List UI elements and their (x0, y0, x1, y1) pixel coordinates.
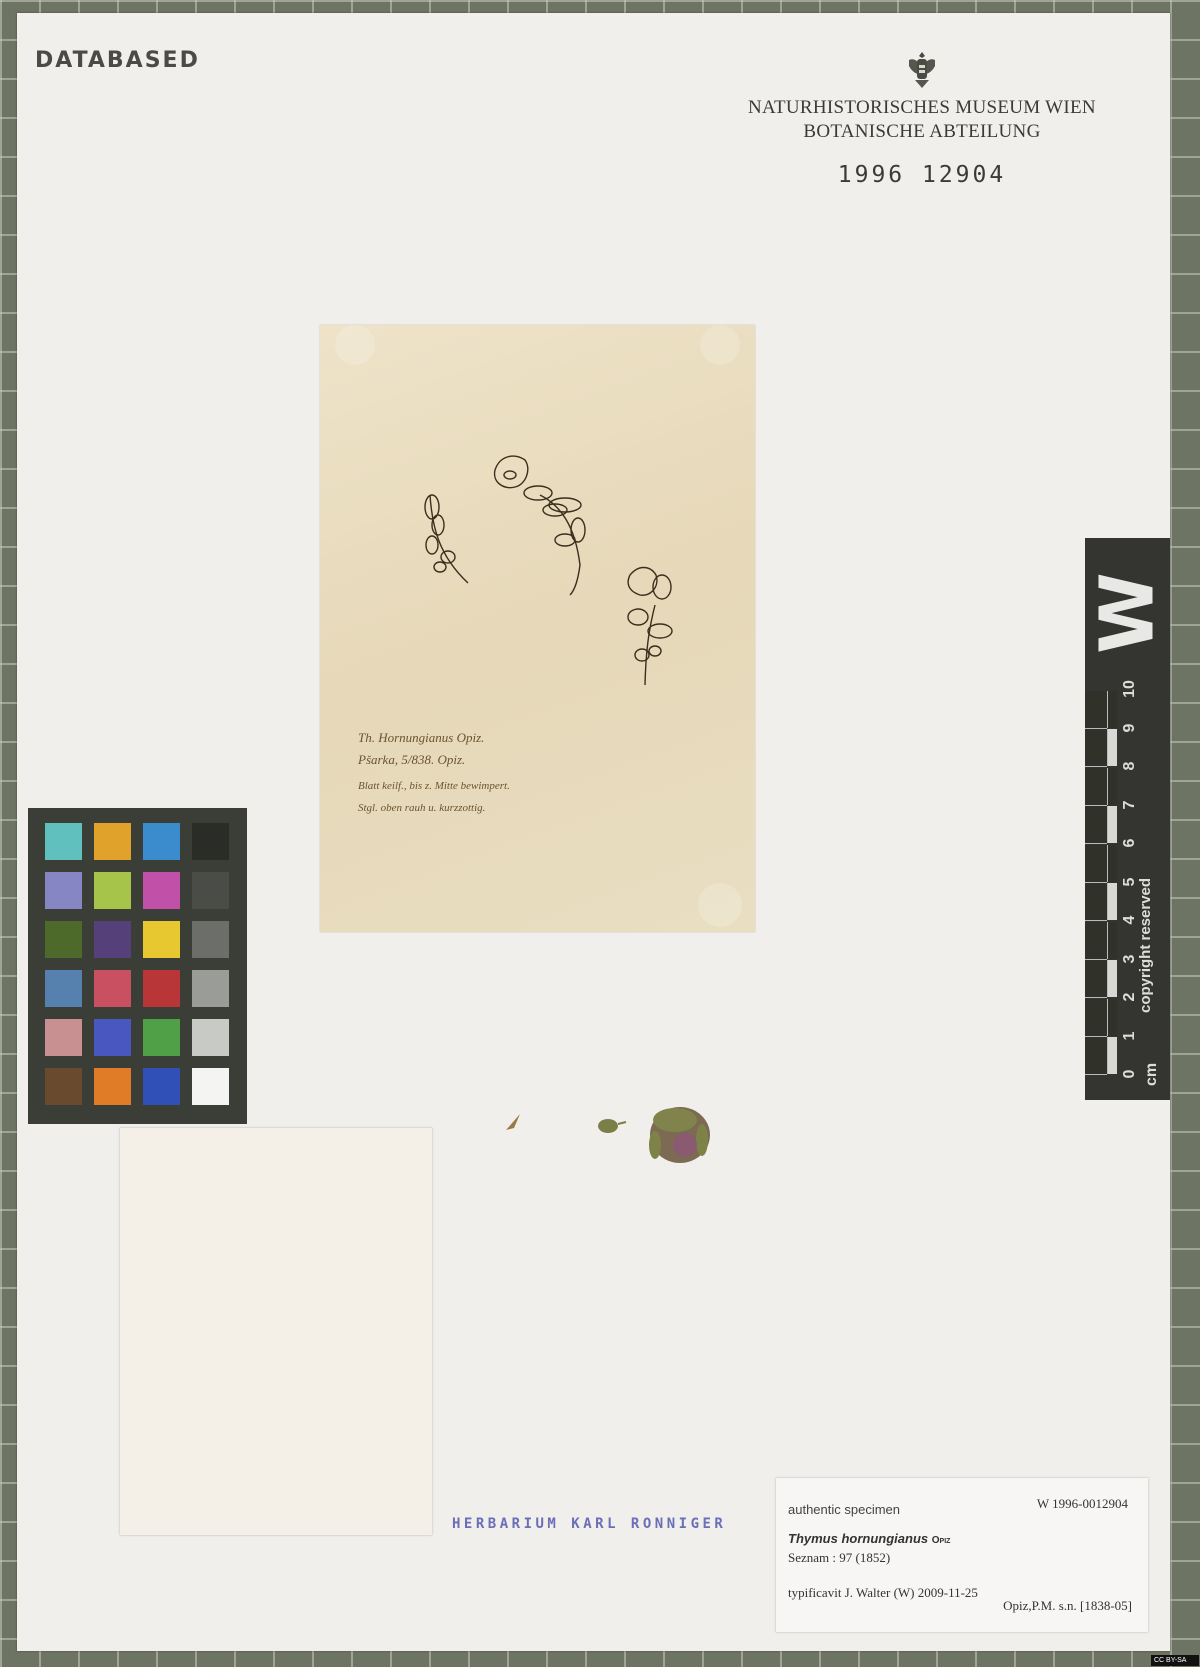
color-swatch (45, 1068, 82, 1105)
accession-number: 1996 12904 (722, 162, 1122, 188)
annotation-line: Pšarka, 5/838. Opiz. (358, 749, 738, 771)
color-swatch (45, 921, 82, 958)
collector: Opiz,P.M. s.n. [1838-05] (1003, 1598, 1132, 1614)
herbarium-stamp: HERBARIUM KARL RONNIGER (452, 1516, 726, 1532)
ruler-segment (1085, 691, 1107, 729)
ruler-block (1107, 1037, 1117, 1074)
color-swatch (45, 1019, 82, 1056)
w-logo: W (1083, 571, 1173, 656)
color-calibration-chart (28, 808, 247, 1124)
ruler-block (1107, 806, 1117, 843)
handwritten-annotation: Th. Hornungianus Opiz. Pšarka, 5/838. Op… (358, 727, 738, 819)
color-swatch (143, 872, 180, 909)
taxon-binomial: Thymus hornungianus (788, 1531, 928, 1546)
color-swatch (192, 1019, 229, 1056)
specimen-label: authentic specimen W 1996-0012904 Thymus… (776, 1478, 1148, 1632)
ruler-unit: cm (1143, 1064, 1161, 1086)
ruler-segment (1085, 845, 1107, 883)
institution-header: NATURHISTORISCHES MUSEUM WIEN BOTANISCHE… (722, 50, 1122, 188)
color-swatch (94, 970, 131, 1007)
color-swatch (94, 872, 131, 909)
color-swatch (192, 921, 229, 958)
color-swatch (94, 921, 131, 958)
color-swatch (45, 872, 82, 909)
department-name: BOTANISCHE ABTEILUNG (722, 120, 1122, 144)
ruler-segment (1085, 768, 1107, 806)
color-swatch (94, 823, 131, 860)
specimen-status: authentic specimen (788, 1502, 900, 1517)
catalog-number: W 1996-0012904 (1037, 1496, 1128, 1512)
ruler-block (1107, 768, 1117, 805)
ruler-tick-label: 6 (1121, 832, 1139, 854)
ruler-tick-label: 7 (1121, 794, 1139, 816)
ruler-block (1107, 999, 1117, 1036)
ruler-tick-label: 5 (1121, 871, 1139, 893)
taxon-author: Opiz (932, 1535, 951, 1546)
austrian-eagle-crest-icon (905, 50, 939, 90)
plant-sketch-icon (320, 325, 755, 932)
ruler-tick-label: 9 (1121, 717, 1139, 739)
color-swatch (143, 921, 180, 958)
color-swatch (192, 872, 229, 909)
ruler-segment (1085, 960, 1107, 998)
drawing-sheet: Th. Hornungianus Opiz. Pšarka, 5/838. Op… (320, 325, 755, 932)
color-swatch (192, 970, 229, 1007)
ruler-block (1107, 922, 1117, 959)
ruler-tick-label: 1 (1121, 1025, 1139, 1047)
license-badge: CC BY-SA (1151, 1655, 1199, 1666)
color-swatch (192, 1068, 229, 1105)
typification: typificavit J. Walter (W) 2009-11-25 (788, 1585, 978, 1601)
annotation-line: Stgl. oben rauh u. kurzzottig. (358, 797, 738, 819)
ruler-segment (1085, 883, 1107, 921)
ruler-tick-label: 2 (1121, 986, 1139, 1008)
scale-ruler: W copyright reserved 012345678910cm (1085, 538, 1170, 1100)
color-swatch (192, 823, 229, 860)
ruler-tick-label: 8 (1121, 755, 1139, 777)
ruler-segment (1085, 806, 1107, 844)
ruler-block (1107, 691, 1117, 728)
annotation-line: Blatt keilf., bis z. Mitte bewimpert. (358, 775, 738, 797)
ruler-tick-label: 10 (1121, 678, 1139, 700)
color-swatch (45, 823, 82, 860)
color-swatch (143, 823, 180, 860)
annotation-line: Th. Hornungianus Opiz. (358, 727, 738, 749)
ruler-block (1107, 729, 1117, 766)
ruler-segment (1085, 999, 1107, 1037)
ruler-tick-label: 0 (1121, 1063, 1139, 1085)
color-swatch (94, 1068, 131, 1105)
color-swatch (143, 1068, 180, 1105)
ruler-tick-label: 3 (1121, 948, 1139, 970)
ruler-segment (1085, 922, 1107, 960)
databased-stamp: DATABASED (35, 48, 200, 73)
ruler-segment (1085, 729, 1107, 767)
publication: Seznam : 97 (1852) (788, 1550, 890, 1566)
copyright-text: copyright reserved (1137, 793, 1157, 1013)
ruler-block (1107, 845, 1117, 882)
glassine-envelope[interactable] (120, 1128, 432, 1535)
color-swatch (45, 970, 82, 1007)
color-swatch (94, 1019, 131, 1056)
ruler-block (1107, 883, 1117, 920)
color-swatch (143, 1019, 180, 1056)
ruler-block (1107, 960, 1117, 997)
museum-name: NATURHISTORISCHES MUSEUM WIEN (722, 96, 1122, 120)
ruler-tick-label: 4 (1121, 909, 1139, 931)
plant-specimen (480, 1090, 730, 1205)
ruler-segment (1085, 1037, 1107, 1075)
taxon-name: Thymus hornungianus Opiz (788, 1531, 950, 1546)
color-swatch (143, 970, 180, 1007)
